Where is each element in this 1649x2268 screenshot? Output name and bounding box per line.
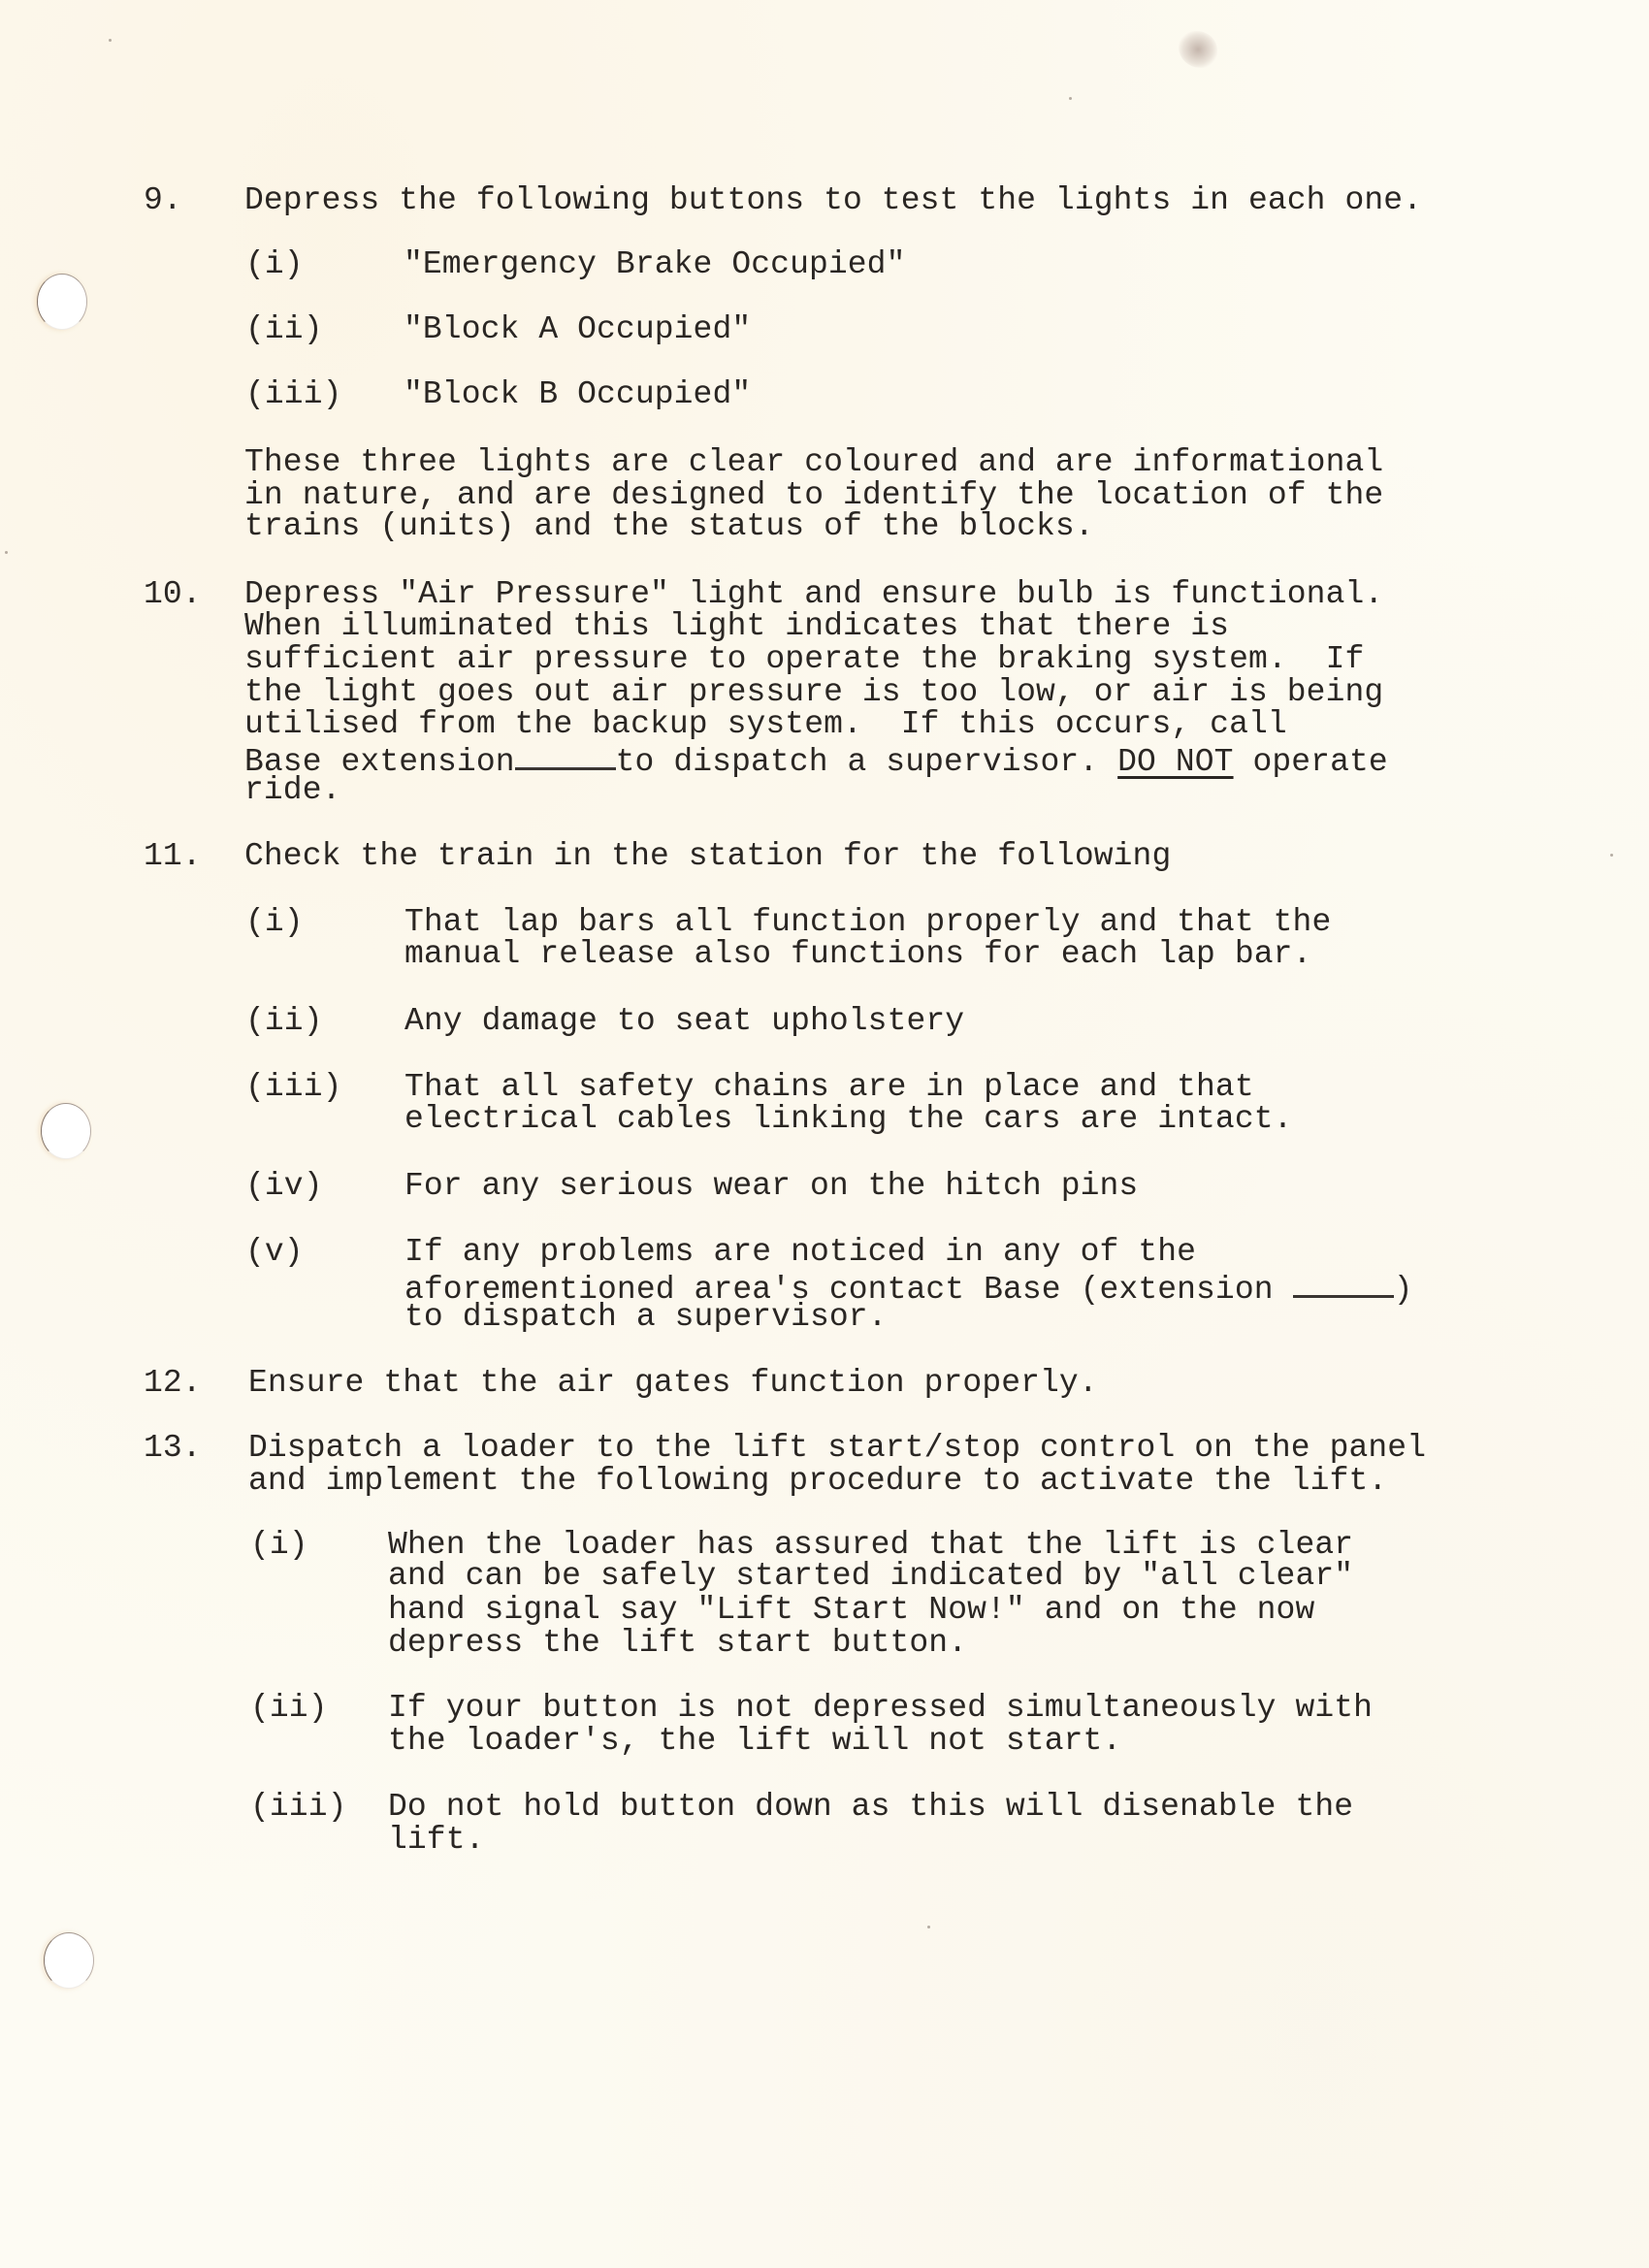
item-number: 10. [144,578,202,611]
punch-hole-bottom [44,1932,94,1989]
subitem-label: (iii) [250,1791,347,1824]
item-text: Depress the following buttons to test th… [244,184,1422,217]
extension-blank [515,742,616,770]
subitem-text: "Block B Occupied" [404,378,751,411]
subitem-label: (iii) [245,378,342,411]
subitem-text: the loader's, the lift will not start. [388,1725,1121,1758]
subitem-label: (i) [245,248,304,281]
subitem-label: (ii) [250,1692,328,1725]
subitem-text: "Block A Occupied" [404,313,751,346]
subitem-text: If any problems are noticed in any of th… [404,1236,1196,1269]
punch-hole-middle [41,1103,91,1159]
note-text: in nature, and are designed to identify … [244,479,1383,512]
subitem-label: (ii) [245,1005,323,1038]
paper-speck [927,1926,930,1928]
item-text: ride. [244,774,341,807]
subitem-label: (iv) [245,1170,323,1203]
item-number: 9. [144,184,182,217]
do-not-emphasis: DO NOT [1117,744,1233,780]
note-text: These three lights are clear coloured an… [244,446,1383,479]
subitem-label: (ii) [245,313,323,346]
subitem-text: to dispatch a supervisor. [404,1301,888,1334]
item-text: utilised from the backup system. If this… [244,708,1287,741]
subitem-text: That all safety chains are in place and … [404,1071,1254,1104]
subitem-text: If your button is not depressed simultan… [388,1692,1373,1725]
item-text: and implement the following procedure to… [248,1465,1387,1498]
punch-hole-top [37,274,87,330]
subitem-text: and can be safely started indicated by "… [388,1560,1353,1593]
item-text: Check the train in the station for the f… [244,840,1171,873]
item-number: 13. [144,1432,202,1465]
extension-line: Base extensionto dispatch a supervisor. … [244,742,1388,779]
subitem-label: (iii) [245,1071,342,1104]
extension-text: to dispatch a supervisor. [616,744,1117,780]
extension-text-end: operate [1234,744,1388,780]
subitem-text: lift. [388,1824,485,1857]
subitem-label: (i) [245,906,304,939]
subitem-label: (i) [250,1529,308,1562]
item-text: When illuminated this light indicates th… [244,610,1229,643]
paper-speck [1610,854,1613,857]
subitem-text: Do not hold button down as this will dis… [388,1791,1353,1824]
subitem-label: (v) [245,1236,304,1269]
item-text: the light goes out air pressure is too l… [244,676,1383,709]
paper-speck [1069,97,1072,100]
extension-blank [1293,1270,1394,1298]
item-text: Depress "Air Pressure" light and ensure … [244,578,1383,611]
paper-speck [5,551,8,554]
item-text: sufficient air pressure to operate the b… [244,643,1364,676]
subitem-text: That lap bars all function properly and … [404,906,1331,939]
item-number: 12. [144,1367,202,1400]
subitem-text: Any damage to seat upholstery [404,1005,964,1038]
subitem-text: depress the lift start button. [388,1627,967,1660]
subitem-text: "Emergency Brake Occupied" [404,248,905,281]
item-text: Dispatch a loader to the lift start/stop… [248,1432,1426,1465]
subitem-text: electrical cables linking the cars are i… [404,1103,1293,1136]
note-text: trains (units) and the status of the blo… [244,510,1094,543]
item-text: Ensure that the air gates function prope… [248,1367,1098,1400]
subitem-text: hand signal say "Lift Start Now!" and on… [388,1594,1314,1627]
subitem-text: When the loader has assured that the lif… [388,1529,1353,1562]
subitem-text: For any serious wear on the hitch pins [404,1170,1138,1203]
paper-stain [1179,31,1217,68]
subitem-text: manual release also functions for each l… [404,938,1311,971]
item-number: 11. [144,840,202,873]
paper-speck [109,39,112,42]
scanned-page: 9. Depress the following buttons to test… [0,0,1649,2268]
closing-paren: ) [1394,1272,1413,1308]
